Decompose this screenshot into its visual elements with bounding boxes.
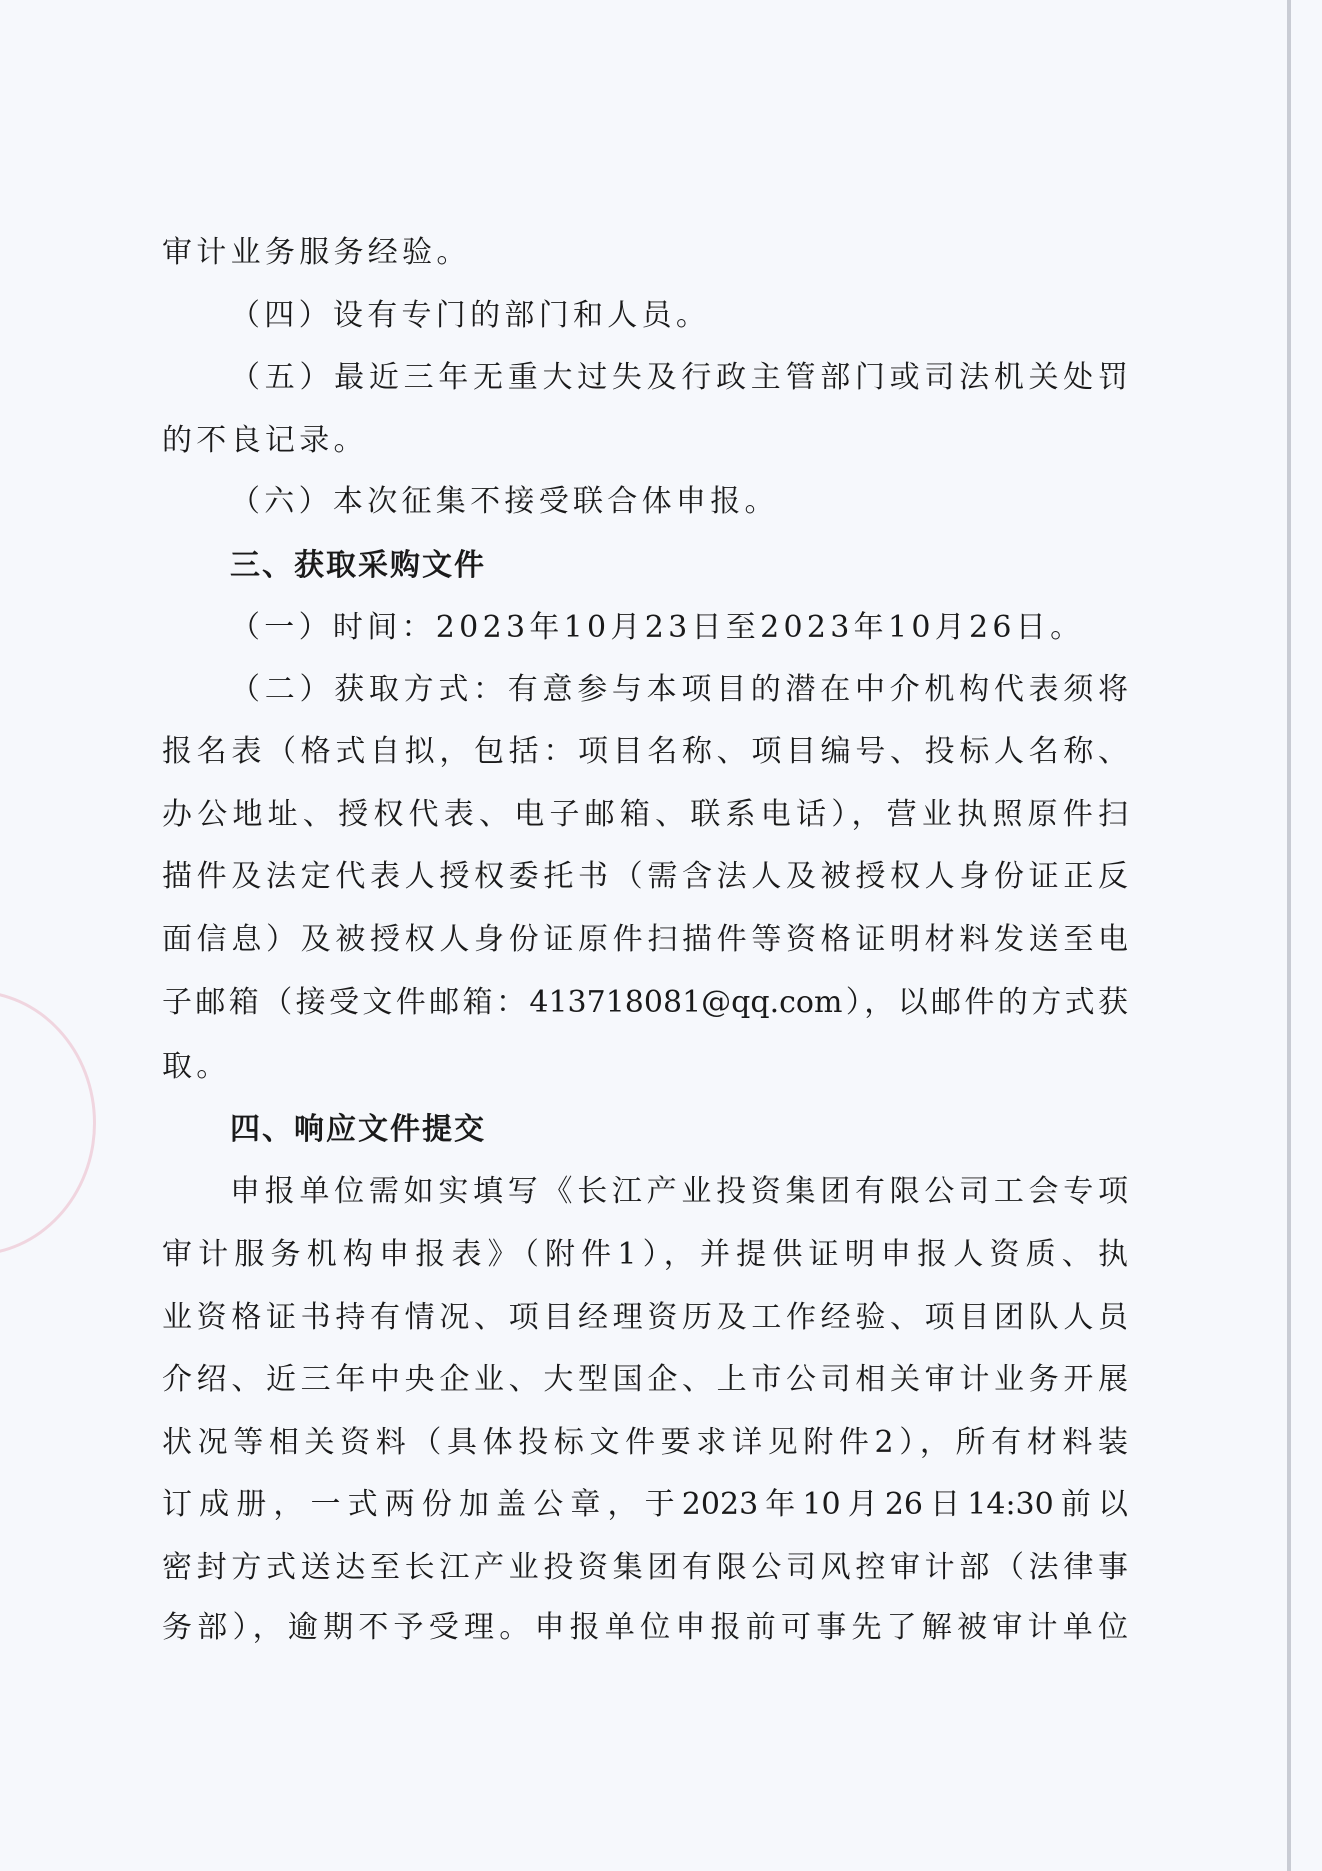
text-line-11: 描件及法定代表人授权委托书（需含法人及被授权人身份证正反	[162, 855, 1128, 899]
section-heading-4: 四、响应文件提交	[230, 1108, 1196, 1152]
red-seal-stamp-fragment	[0, 990, 96, 1256]
text-line-22: 密封方式送达至长江产业投资集团有限公司风控审计部（法律事	[162, 1546, 1128, 1590]
section-heading-3: 三、获取采购文件	[230, 544, 1196, 588]
text-line-23: 务部），逾期不予受理。申报单位申报前可事先了解被审计单位	[162, 1606, 1128, 1650]
text-line-19: 介绍、近三年中央企业、大型国企、上市公司相关审计业务开展	[162, 1358, 1128, 1402]
submission-para-start: 申报单位需如实填写《长江产业投资集团有限公司工会专项	[230, 1170, 1128, 1214]
text-line-10: 办公地址、授权代表、电子邮箱、联系电话），营业执照原件扫	[162, 793, 1128, 837]
text-line-4: 的不良记录。	[162, 419, 1128, 463]
text-line-12: 面信息）及被授权人身份证原件扫描件等资格证明材料发送至电	[162, 918, 1128, 962]
item-4: （四）设有专门的部门和人员。	[230, 294, 1128, 338]
scan-edge-line	[1287, 0, 1291, 1871]
text-line-9: 报名表（格式自拟，包括：项目名称、项目编号、投标人名称、	[162, 730, 1128, 774]
acquire-method: （二）获取方式：有意参与本项目的潜在中介机构代表须将	[230, 668, 1128, 712]
deadline-line: 订成册，一式两份加盖公章，于2023年10月26日14:30前以	[162, 1483, 1128, 1527]
acquire-time: （一）时间：2023年10月23日至2023年10月26日。	[230, 606, 1128, 650]
text-line-14: 取。	[162, 1045, 1128, 1089]
text-line-20: 状况等相关资料（具体投标文件要求详见附件2），所有材料装	[162, 1421, 1128, 1465]
text-line-1: 审计业务服务经验。	[162, 231, 1128, 275]
text-line-17: 审计服务机构申报表》（附件1），并提供证明申报人资质、执	[162, 1233, 1128, 1277]
item-6: （六）本次征集不接受联合体申报。	[230, 480, 1128, 524]
item-5: （五）最近三年无重大过失及行政主管部门或司法机关处罚	[230, 356, 1128, 400]
email-line: 子邮箱（接受文件邮箱：413718081@qq.com），以邮件的方式获	[162, 981, 1128, 1025]
text-line-18: 业资格证书持有情况、项目经理资历及工作经验、项目团队人员	[162, 1296, 1128, 1340]
